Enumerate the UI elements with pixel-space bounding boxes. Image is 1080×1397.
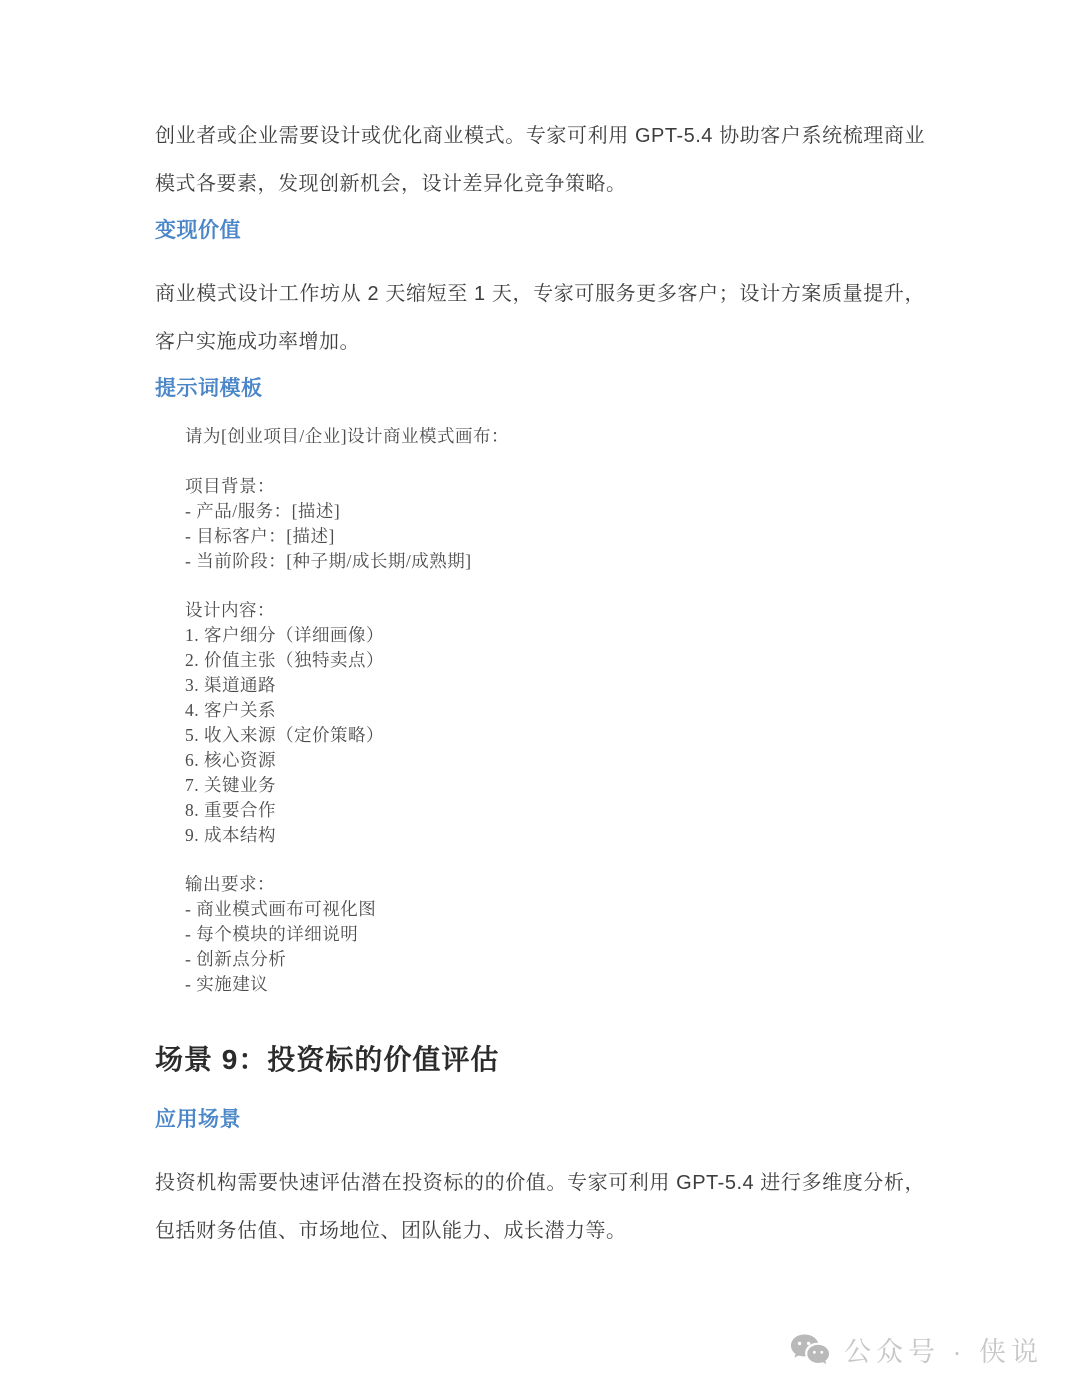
scene-9-title: 场景 9：投资标的价值评估 [155, 1043, 925, 1077]
document-content: 创业者或企业需要设计或优化商业模式。专家可利用 GPT-5.4 协助客户系统梳理… [0, 0, 1080, 1255]
section-heading-application-scenario: 应用场景 [155, 1107, 925, 1133]
watermark-text: 公众号 · 侠说 [844, 1330, 1043, 1369]
prompt-template-code-block: 请为[创业项目/企业]设计商业模式画布： 项目背景： - 产品/服务：[描述] … [185, 424, 925, 997]
wechat-icon [790, 1333, 830, 1367]
section-heading-prompt-template: 提示词模板 [155, 376, 925, 402]
document-page: 创业者或企业需要设计或优化商业模式。专家可利用 GPT-5.4 协助客户系统梳理… [0, 0, 1080, 1397]
intro-paragraph: 创业者或企业需要设计或优化商业模式。专家可利用 GPT-5.4 协助客户系统梳理… [155, 112, 925, 208]
monetization-paragraph: 商业模式设计工作坊从 2 天缩短至 1 天，专家可服务更多客户；设计方案质量提升… [155, 270, 925, 366]
watermark: 公众号 · 侠说 [790, 1330, 1043, 1369]
section-heading-monetization-value: 变现价值 [155, 218, 925, 244]
application-scenario-paragraph: 投资机构需要快速评估潜在投资标的的价值。专家可利用 GPT-5.4 进行多维度分… [155, 1159, 925, 1255]
